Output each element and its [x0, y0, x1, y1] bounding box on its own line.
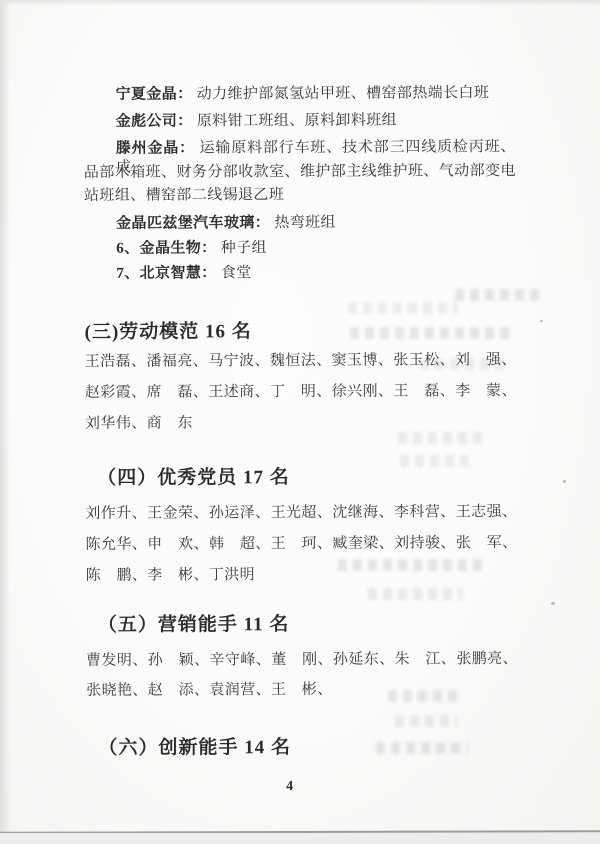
team-award-line: 7、北京智慧： 食堂 — [116, 264, 251, 284]
company-name-label: 宁夏金晶： — [116, 86, 193, 102]
company-name-label: 滕州金晶： — [116, 140, 195, 156]
team-award-line: 6、金晶生物： 种子组 — [116, 239, 267, 259]
names-line: 赵彩霞、席 磊、王述商、丁 明、徐兴刚、王 磊、李 蒙、 — [85, 382, 517, 403]
names-line: 曹发明、孙 颖、辛守峰、董 刚、孙延东、朱 江、张鹏亮、 — [86, 650, 518, 671]
company-name-label: 金晶匹兹堡汽车玻璃： — [116, 215, 270, 232]
bleedthrough-artifact — [376, 742, 468, 754]
bleedthrough-artifact — [338, 559, 483, 571]
team-award-text: 站班组、槽窑部二线锡退乙班 — [84, 187, 284, 204]
section-heading-innovation-experts: （六）创新能手 14 名 — [98, 736, 291, 761]
names-line: 陈允华、申 欢、韩 超、王 珂、臧奎梁、刘持骏、张 军、 — [85, 534, 517, 555]
section-heading-party-members: （四）优秀党员 17 名 — [97, 466, 290, 491]
document-content: 宁夏金晶： 动力维护部氮氢站甲班、槽窑部热端长白班 金彪公司： 原料钳工班组、原… — [0, 0, 600, 844]
bleedthrough-artifact — [420, 358, 510, 370]
scanner-background — [0, 833, 600, 844]
bleedthrough-artifact — [368, 588, 463, 600]
bleedthrough-artifact — [455, 289, 540, 301]
section-heading-model-workers: (三)劳动模范 16 名 — [85, 320, 252, 345]
team-award-line: 品部木箱班、财务分部收款室、维护部主线维护班、气动部变电 — [84, 162, 516, 183]
bleedthrough-artifact — [398, 432, 483, 444]
bleedthrough-artifact — [350, 327, 510, 339]
names-line: 刘作升、王金荣、孙运泽、王光超、沈继海、李科营、王志强、 — [85, 503, 517, 524]
team-award-text: 食堂 — [221, 265, 252, 281]
team-award-line: 金彪公司： 原料钳工班组、原料卸料班组 — [116, 112, 397, 132]
bleedthrough-artifact — [400, 455, 470, 467]
bleedthrough-artifact — [395, 715, 457, 727]
team-award-text: 种子组 — [221, 240, 267, 256]
scanned-document-page: 宁夏金晶： 动力维护部氮氢站甲班、槽窑部热端长白班 金彪公司： 原料钳工班组、原… — [0, 0, 600, 844]
team-award-line: 金晶匹兹堡汽车玻璃： 热弯班组 — [116, 214, 336, 234]
team-award-text: 品部木箱班、财务分部收款室、维护部主线维护班、气动部变电 — [84, 163, 516, 181]
scan-speck — [551, 602, 555, 605]
company-name-label: 6、金晶生物： — [116, 240, 216, 256]
team-award-text: 热弯班组 — [274, 215, 336, 231]
team-award-text: 动力维护部氮氢站甲班、槽窑部热端长白班 — [197, 85, 490, 102]
scan-speck — [540, 320, 543, 322]
section-heading-marketing-experts: （五）营销能手 11 名 — [98, 613, 290, 638]
company-name-label: 7、北京智慧： — [116, 265, 216, 281]
names-line: 刘华伟、商 东 — [85, 413, 517, 434]
bleedthrough-artifact — [388, 690, 460, 702]
team-award-line: 站班组、槽窑部二线锡退乙班 — [84, 186, 284, 206]
team-award-text: 原料钳工班组、原料卸料班组 — [197, 113, 397, 130]
team-award-line: 宁夏金晶： 动力维护部氮氢站甲班、槽窑部热端长白班 — [116, 84, 490, 105]
bleedthrough-artifact — [348, 302, 458, 314]
scan-speck — [563, 480, 566, 483]
company-name-label: 金彪公司： — [116, 113, 193, 129]
page-number: 4 — [2, 778, 578, 797]
